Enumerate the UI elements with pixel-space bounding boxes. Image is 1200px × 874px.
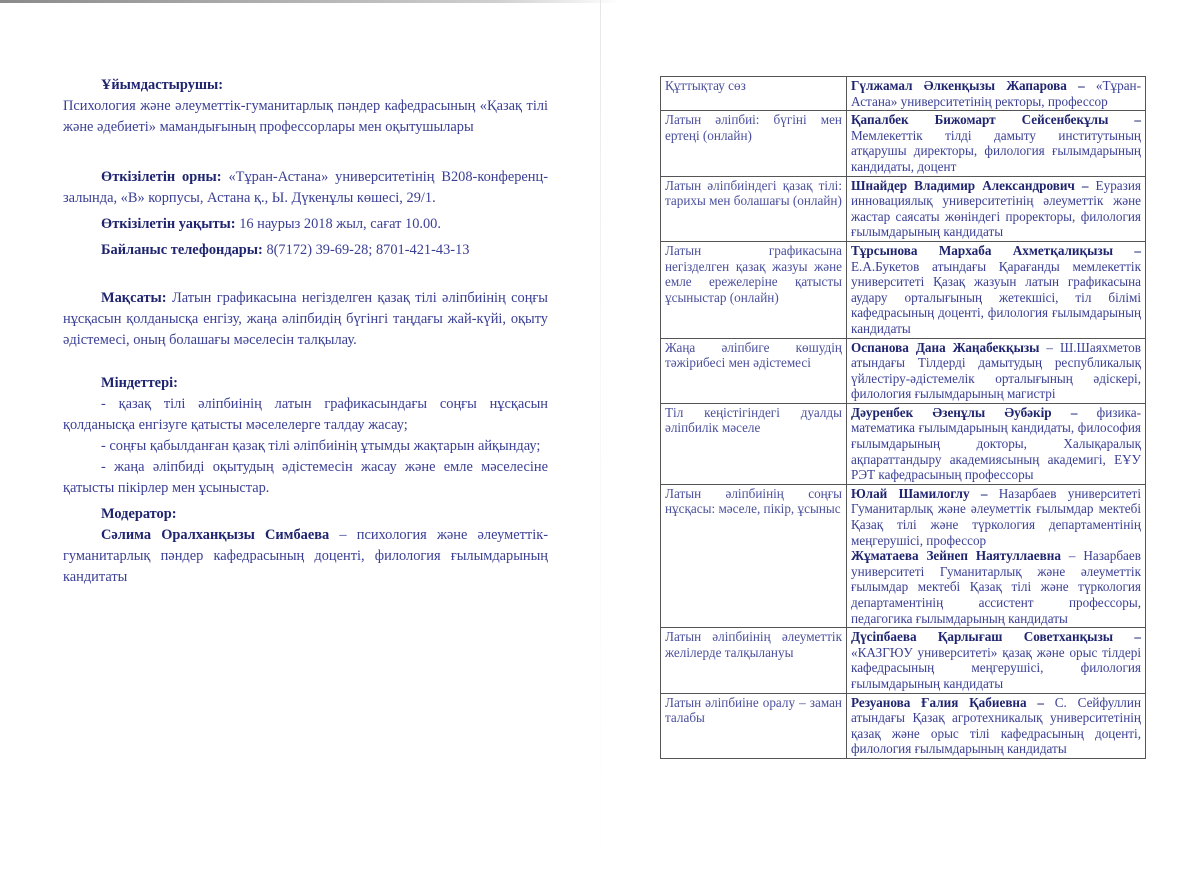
moderator-heading: Модератор: [63,504,548,525]
venue-label: Өткізілетін орны: [101,169,222,185]
speaker: Шнайдер Владимир Александрович – Еуразия… [851,178,1141,240]
program-speakers: Дәуренбек Әзенұлы Әубәкір – физика-матем… [847,403,1146,484]
tasks-heading: Міндеттері: [63,373,548,394]
speaker: Тұрсынова Мархаба Ахметқалиқызы – Е.А.Бу… [851,243,1141,337]
program-speakers: Оспанова Дана Жаңабекқызы – Ш.Шаяхметов … [847,338,1146,403]
task-item: - жаңа әліпбиді оқытудың әдістемесін жас… [63,457,548,499]
program-row: Латын графикасына негізделген қазақ жазу… [661,241,1146,338]
program-topic: Тіл кеңістігіндегі дуалды әліпбилік мәсе… [661,403,847,484]
speaker: Резуанова Ғалия Қабиевна – С. Сейфуллин … [851,695,1141,757]
phones: Байланыс телефондары: 8(7172) 39-69-28; … [63,240,548,261]
page-fold [600,0,601,874]
program-speakers: Гүлжамал Әлкенқызы Жапарова – «Тұран-Аст… [847,77,1146,111]
speaker: Оспанова Дана Жаңабекқызы – Ш.Шаяхметов … [851,340,1141,402]
speaker-name: Резуанова Ғалия Қабиевна – [851,695,1044,710]
speaker: Дүсіпбаева Қарлығаш Советханқызы – «КАЗГ… [851,629,1141,691]
speaker-name: Оспанова Дана Жаңабекқызы [851,340,1039,355]
program-speakers: Шнайдер Владимир Александрович – Еуразия… [847,176,1146,241]
speaker: Гүлжамал Әлкенқызы Жапарова – «Тұран-Аст… [851,78,1141,109]
program-topic: Латын әліпбиі: бүгіні мен ертеңі (онлайн… [661,111,847,176]
task-item: - қазақ тілі әліпбиінің латын графикасын… [63,394,548,436]
speaker-name: Тұрсынова Мархаба Ахметқалиқызы – [851,243,1141,258]
speaker-name: Шнайдер Владимир Александрович – [851,178,1089,193]
speaker-name: Юлай Шамилоглу – [851,486,987,501]
moderator: Сәлима Оралханқызы Симбаева – психология… [63,525,548,588]
speaker-info: Е.А.Букетов атындағы Қарағанды мемлекетт… [851,259,1141,336]
program-speakers: Резуанова Ғалия Қабиевна – С. Сейфуллин … [847,693,1146,758]
program-speakers: Қапалбек Бижомарт Сейсенбекұлы – Мемлеке… [847,111,1146,176]
speaker-name: Жұматаева Зейнеп Наятуллаевна [851,548,1061,563]
program-row: Құттықтау сөзГүлжамал Әлкенқызы Жапарова… [661,77,1146,111]
program-speakers: Юлай Шамилоглу – Назарбаев университеті … [847,484,1146,627]
moderator-name: Сәлима Оралханқызы Симбаева [101,527,329,543]
speaker-name: Дәуренбек Әзенұлы Әубәкір – [851,405,1077,420]
time-text: 16 наурыз 2018 жыл, сағат 10.00. [239,216,441,232]
program-topic: Латын әліпбиіндегі қазақ тілі: тарихы ме… [661,176,847,241]
time-label: Өткізілетін уақыты: [101,216,236,232]
program-row: Латын әліпбиіне оралу – заман талабыРезу… [661,693,1146,758]
program-topic: Латын әліпбиінің соңғы нұсқасы: мәселе, … [661,484,847,627]
speaker-info: Мемлекеттік тілді дамыту институтының ат… [851,128,1141,174]
program-speakers: Дүсіпбаева Қарлығаш Советханқызы – «КАЗГ… [847,628,1146,693]
program-table: Құттықтау сөзГүлжамал Әлкенқызы Жапарова… [660,76,1146,759]
program-speakers: Тұрсынова Мархаба Ахметқалиқызы – Е.А.Бу… [847,241,1146,338]
phones-text: 8(7172) 39-69-28; 8701-421-43-13 [266,242,469,258]
program-topic: Латын графикасына негізделген қазақ жазу… [661,241,847,338]
program-row: Жаңа әліпбиге көшудің тәжірибесі мен әді… [661,338,1146,403]
organizer-heading: Ұйымдастырушы: [63,75,548,96]
left-page: Ұйымдастырушы: Психология және әлеуметті… [63,75,548,588]
phones-label: Байланыс телефондары: [101,242,263,258]
task-item: - соңғы қабылданған қазақ тілі әліпбиіні… [63,436,548,457]
venue: Өткізілетін орны: «Тұран-Астана» универс… [63,167,548,209]
scan-edge-shadow [0,0,620,3]
speaker-info: «КАЗГЮУ университеті» қазақ және орыс ті… [851,645,1141,691]
goal: Мақсаты: Латын графикасына негізделген қ… [63,288,548,351]
speaker-name: Қапалбек Бижомарт Сейсенбекұлы – [851,112,1141,127]
program-row: Латын әліпбиінің соңғы нұсқасы: мәселе, … [661,484,1146,627]
program-topic: Латын әліпбиінің әлеуметтік желілерде та… [661,628,847,693]
program-topic: Құттықтау сөз [661,77,847,111]
speaker: Юлай Шамилоглу – Назарбаев университеті … [851,486,1141,548]
program-row: Латын әліпбиінің әлеуметтік желілерде та… [661,628,1146,693]
time: Өткізілетін уақыты: 16 наурыз 2018 жыл, … [63,214,548,235]
program-topic: Жаңа әліпбиге көшудің тәжірибесі мен әді… [661,338,847,403]
organizer-text: Психология және әлеуметтік-гуманитарлық … [63,96,548,138]
program-row: Латын әліпбиіндегі қазақ тілі: тарихы ме… [661,176,1146,241]
program-row: Тіл кеңістігіндегі дуалды әліпбилік мәсе… [661,403,1146,484]
speaker: Қапалбек Бижомарт Сейсенбекұлы – Мемлеке… [851,112,1141,174]
speaker-name: Гүлжамал Әлкенқызы Жапарова – [851,78,1085,93]
speaker: Дәуренбек Әзенұлы Әубәкір – физика-матем… [851,405,1141,483]
speaker: Жұматаева Зейнеп Наятуллаевна – Назарбае… [851,548,1141,626]
program-row: Латын әліпбиі: бүгіні мен ертеңі (онлайн… [661,111,1146,176]
goal-label: Мақсаты: [101,290,167,306]
speaker-name: Дүсіпбаева Қарлығаш Советханқызы – [851,629,1141,644]
program-topic: Латын әліпбиіне оралу – заман талабы [661,693,847,758]
